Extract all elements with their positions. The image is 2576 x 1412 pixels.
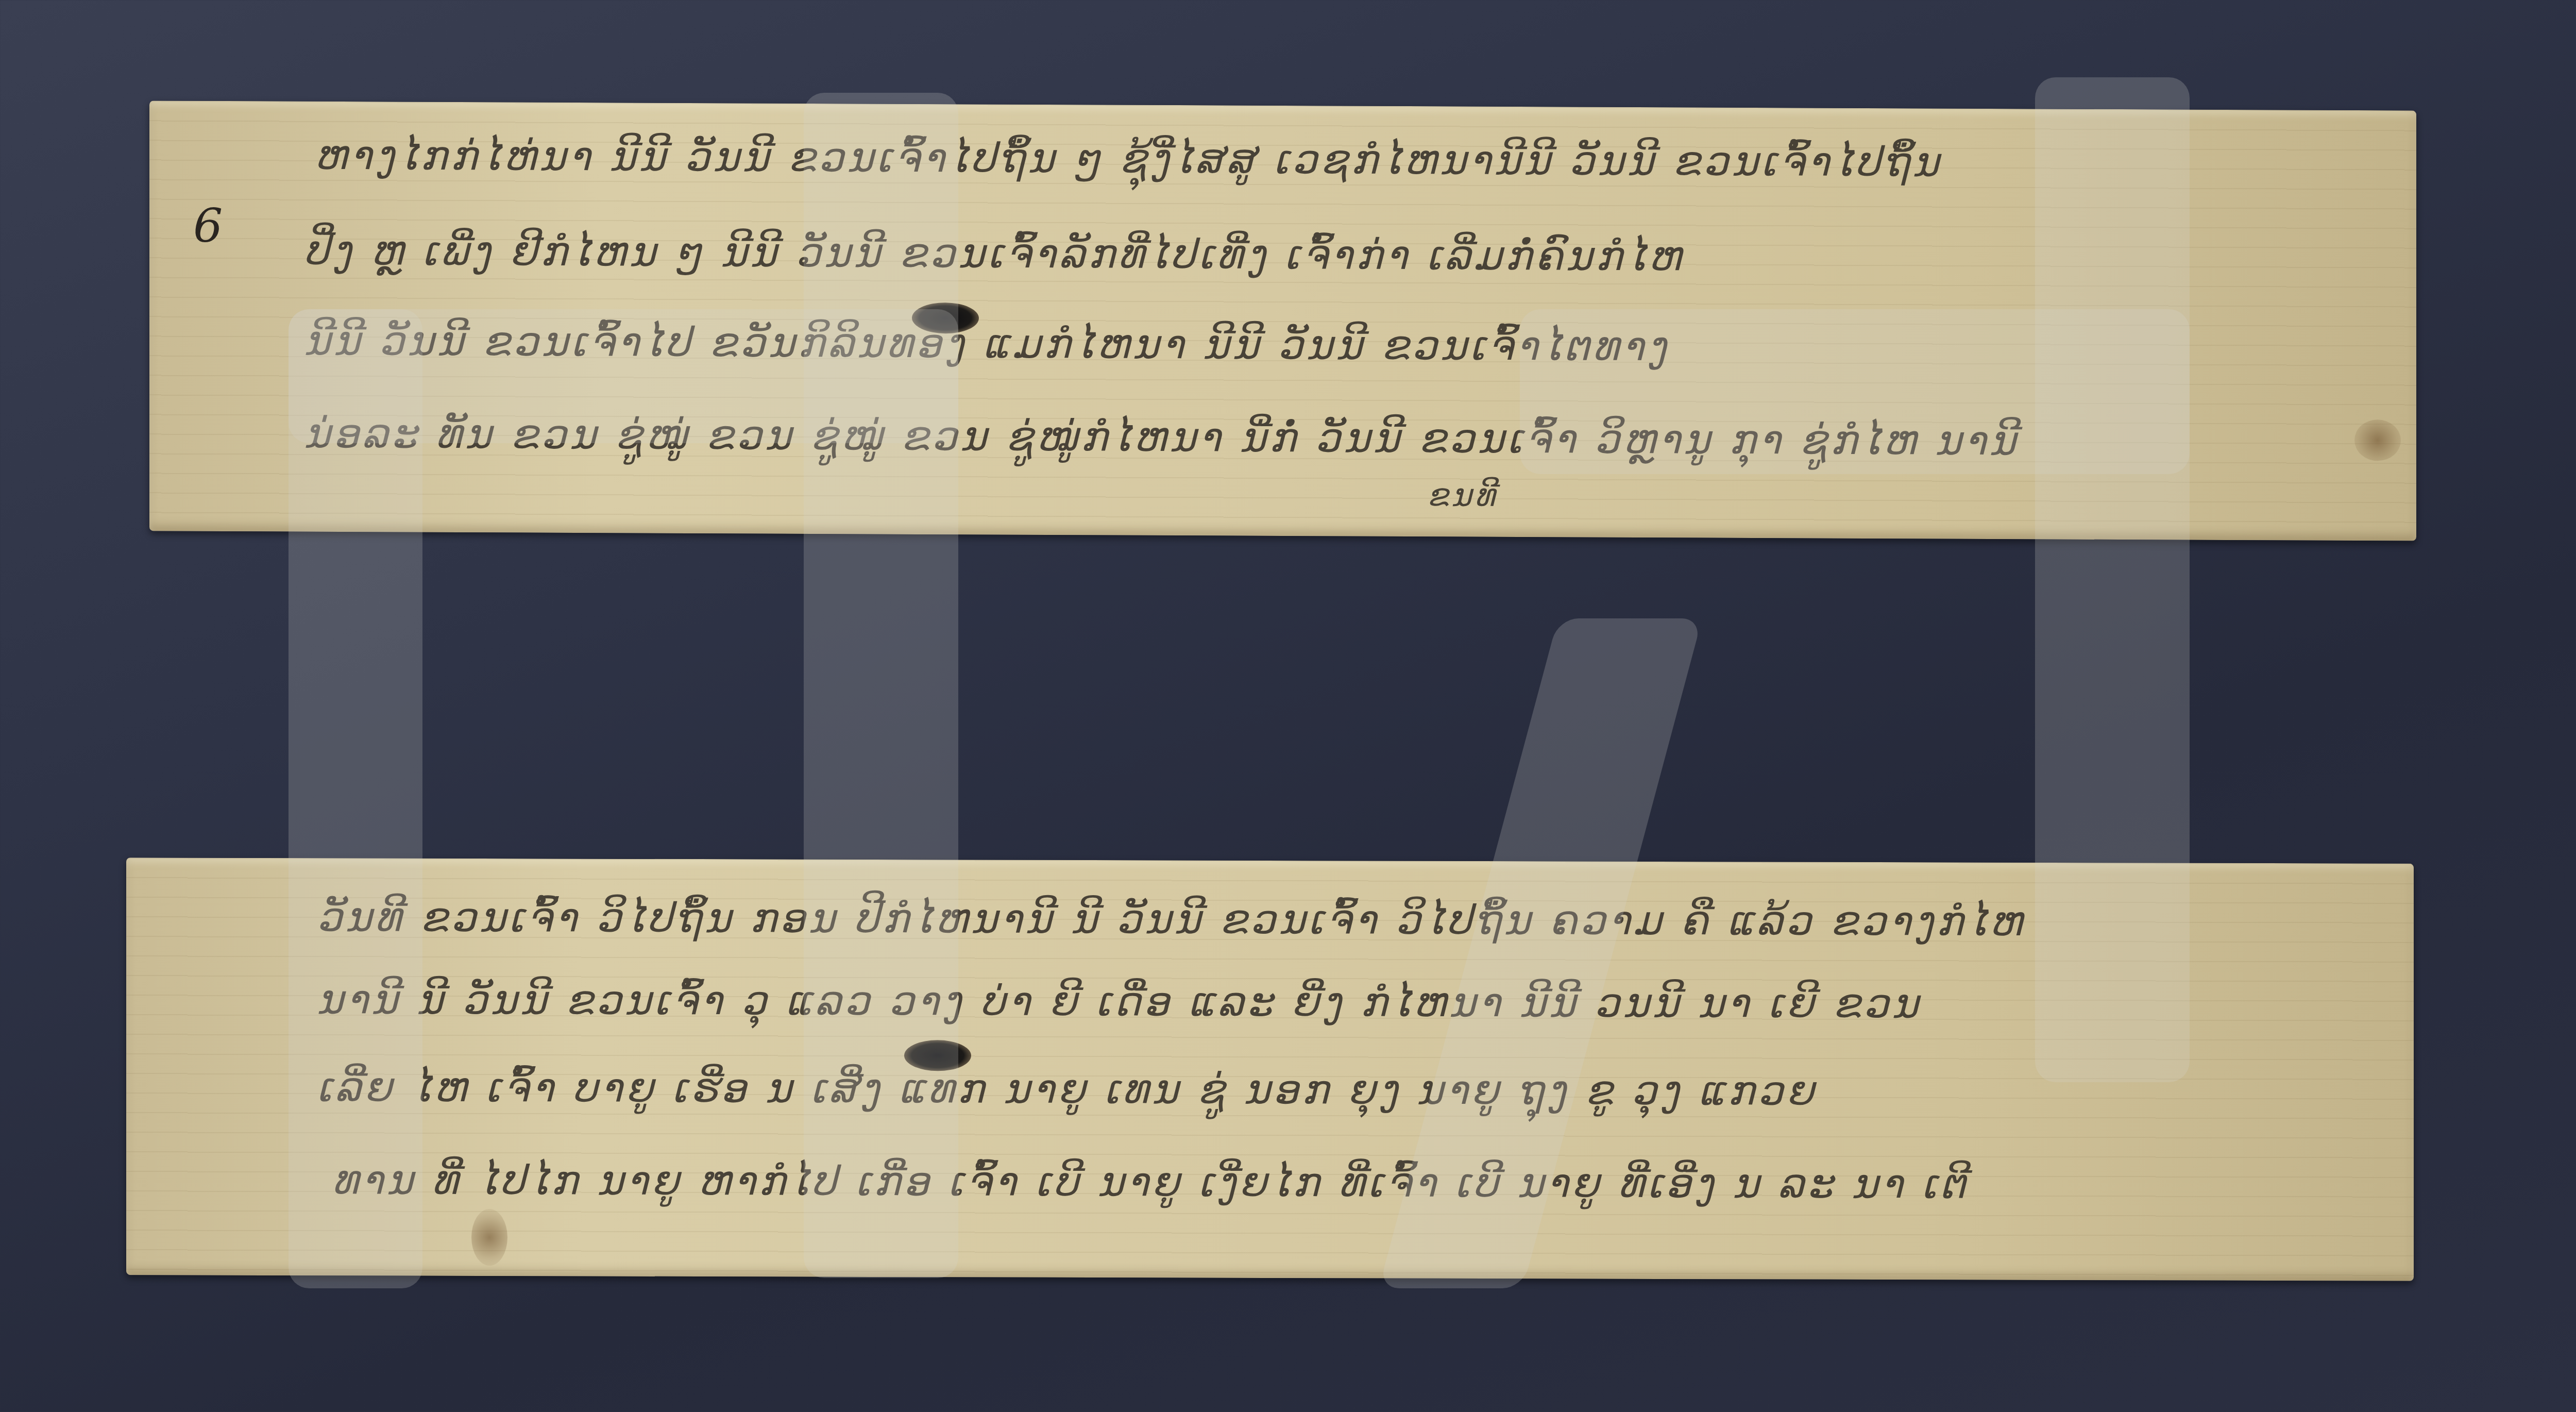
stain [2354,419,2401,461]
stain [471,1209,507,1266]
manuscript-line: ນານີ ນີ ວັນນີ ຂວນເຈົ້າ ວຸ ແລວ ວາງ ບ່າ ຍີ… [126,976,2414,1029]
manuscript-line: ປີ່ງ ຫຼ ເພີ່ງ ຢີກໍໄຫນ ໆ ນີນີ ວັນນີ ຂວນເຈ… [149,227,2416,283]
string-hole [904,1040,971,1071]
palm-leaf-bottom: ວັນທີ ຂວນເຈົ້າ ວິໄປຖຶ້ນ ກອນ ປີກໍໄຫນານີ ນ… [126,858,2414,1281]
manuscript-line: ນີນີ ວັນນີ ຂວນເຈົ້າໄປ ຂວັນກິລິນທອງ ແມກໍໄ… [149,317,2416,373]
manuscript-line: ນ່ອລະ ທັນ ຂວນ ຊູ່ໝູ່ ຂວນ ຊູ່ໝູ່ ຂວນ ຊູ່ໝ… [149,410,2416,466]
manuscript-line: ເລີ່ຍ ໄຫ ເຈົ້າ ບາຍູ ເຮີ່ອ ນ ເສີ່ງ ແທກ ນາ… [126,1064,2414,1116]
manuscript-line: ທານ ທີ່ ໄປໄກ ນາຍູ ຫາກໍໄປ ເກີ່ອ ເຈົ້າ ເບີ… [126,1156,2414,1209]
palm-leaf-top: 6 ຫາງໄກກ່ໄຫ່ນາ ນີນີ ວັນນີ ຂວນເຈົ້າໄປຖຶ້ນ… [149,100,2416,541]
manuscript-line: ວັນທີ ຂວນເຈົ້າ ວິໄປຖຶ້ນ ກອນ ປີກໍໄຫນານີ ນ… [126,894,2414,946]
manuscript-line: ຫາງໄກກ່ໄຫ່ນາ ນີນີ ວັນນີ ຂວນເຈົ້າໄປຖຶ້ນ ໆ… [149,131,2416,188]
manuscript-photo: 6 ຫາງໄກກ່ໄຫ່ນາ ນີນີ ວັນນີ ຂວນເຈົ້າໄປຖຶ້ນ… [0,0,2576,1412]
marginal-note: ຂນທີ [1427,477,1498,514]
string-hole [912,302,979,334]
